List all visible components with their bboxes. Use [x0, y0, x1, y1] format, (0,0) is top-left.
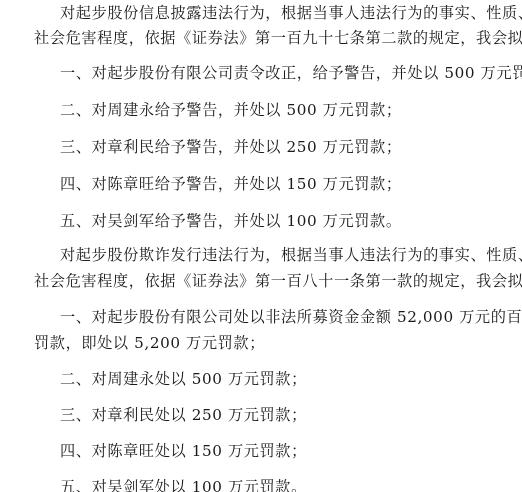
section1-intro-line2: 社会危害程度，依据《证券法》第一百九十七条第二款的规定，我会拟决定：	[34, 28, 522, 48]
section2-item-4: 四、对陈章旺处以 150 万元罚款；	[60, 441, 307, 461]
section2-intro-line2: 社会危害程度，依据《证券法》第一百八十一条第一款的规定，我会拟决定：	[34, 271, 522, 291]
section2-item-3: 三、对章利民处以 250 万元罚款；	[60, 405, 307, 425]
section1-item-5: 五、对吴剑军给予警告，并处以 100 万元罚款。	[60, 211, 402, 231]
section2-item-5: 五、对吴剑军处以 100 万元罚款。	[60, 477, 307, 492]
penalty-document: 对起步股份信息披露违法行为，根据当事人违法行为的事实、性质、情节与 社会危害程度…	[0, 0, 522, 492]
section2-item-2: 二、对周建永处以 500 万元罚款；	[60, 369, 307, 389]
section1-item-2: 二、对周建永给予警告，并处以 500 万元罚款；	[60, 100, 402, 120]
section2-item-1-line2: 罚款，即处以 5,200 万元罚款；	[34, 333, 265, 353]
section1-item-1: 一、对起步股份有限公司责令改正，给予警告，并处以 500 万元罚款；	[60, 63, 522, 83]
section1-item-3: 三、对章利民给予警告，并处以 250 万元罚款；	[60, 137, 402, 157]
section2-intro-line1: 对起步股份欺诈发行违法行为，根据当事人违法行为的事实、性质、情节与	[60, 245, 522, 265]
section1-item-4: 四、对陈章旺给予警告，并处以 150 万元罚款；	[60, 174, 402, 194]
section1-intro-line1: 对起步股份信息披露违法行为，根据当事人违法行为的事实、性质、情节与	[60, 3, 522, 23]
section2-item-1-line1: 一、对起步股份有限公司处以非法所募资金金额 52,000 万元的百分之十的	[60, 307, 522, 327]
